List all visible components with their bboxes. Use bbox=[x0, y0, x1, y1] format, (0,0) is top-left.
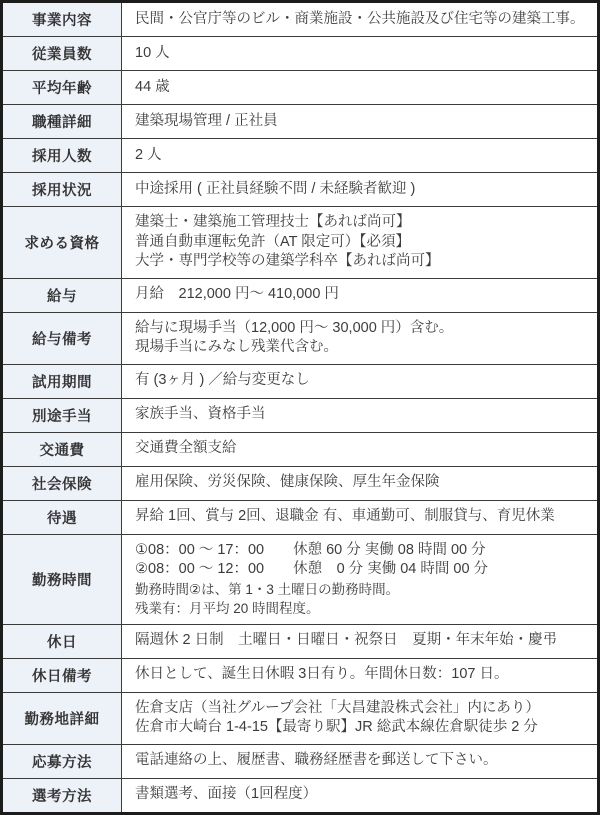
value-line: 10 人 bbox=[135, 44, 587, 64]
table-row: 採用状況中途採用 ( 正社員経験不問 / 未経験者歓迎 ) bbox=[2, 173, 599, 207]
value-line: 昇給 1回、賞与 2回、退職金 有、車通勤可、制服貸与、育児休業 bbox=[135, 507, 587, 527]
row-label: 交通費 bbox=[2, 432, 122, 466]
row-label: 職種詳細 bbox=[2, 105, 122, 139]
row-label: 試用期間 bbox=[2, 364, 122, 398]
value-line: 佐倉市大崎台 1-4-15【最寄り駅】JR 総武本線佐倉駅徒歩 2 分 bbox=[135, 718, 587, 738]
row-label: 給与 bbox=[2, 278, 122, 312]
row-value: 建築現場管理 / 正社員 bbox=[122, 105, 599, 139]
row-value: 給与に現場手当（12,000 円～ 30,000 円）含む。現場手当にみなし残業… bbox=[122, 312, 599, 364]
job-info-table: 事業内容民間・公官庁等のビル・商業施設・公共施設及び住宅等の建築工事。従業員数1… bbox=[0, 0, 600, 815]
row-value: 休日として、誕生日休暇 3日有り。年間休日数：107 日。 bbox=[122, 658, 599, 692]
table-row: 採用人数2 人 bbox=[2, 139, 599, 173]
value-line: 雇用保険、労災保険、健康保険、厚生年金保険 bbox=[135, 473, 587, 493]
row-label: 求める資格 bbox=[2, 207, 122, 279]
job-info-table-body: 事業内容民間・公官庁等のビル・商業施設・公共施設及び住宅等の建築工事。従業員数1… bbox=[2, 2, 599, 814]
row-label: 社会保険 bbox=[2, 466, 122, 500]
value-line: 大学・専門学校等の建築学科卒【あれば尚可】 bbox=[135, 252, 587, 272]
row-value: 中途採用 ( 正社員経験不問 / 未経験者歓迎 ) bbox=[122, 173, 599, 207]
value-line: 2 人 bbox=[135, 146, 587, 166]
table-row: 給与月給 212,000 円～ 410,000 円 bbox=[2, 278, 599, 312]
table-row: 職種詳細建築現場管理 / 正社員 bbox=[2, 105, 599, 139]
row-value: 44 歳 bbox=[122, 71, 599, 105]
row-value: 有 (3ヶ月 ) ／給与変更なし bbox=[122, 364, 599, 398]
row-label: 事業内容 bbox=[2, 2, 122, 37]
row-label: 応募方法 bbox=[2, 744, 122, 778]
value-note-line: 勤務時間②は、第 1・3 土曜日の勤務時間。 bbox=[135, 580, 587, 599]
row-value: 昇給 1回、賞与 2回、退職金 有、車通勤可、制服貸与、育児休業 bbox=[122, 500, 599, 534]
table-row: 待遇昇給 1回、賞与 2回、退職金 有、車通勤可、制服貸与、育児休業 bbox=[2, 500, 599, 534]
value-line: 佐倉支店（当社グループ会社「大昌建設株式会社」内にあり） bbox=[135, 699, 587, 719]
table-row: 勤務時間①08：00 ～ 17：00 休憩 60 分 実働 08 時間 00 分… bbox=[2, 534, 599, 624]
row-label: 別途手当 bbox=[2, 398, 122, 432]
value-line: 有 (3ヶ月 ) ／給与変更なし bbox=[135, 371, 587, 391]
row-value: 書類選考、面接（1回程度） bbox=[122, 778, 599, 813]
row-label: 勤務地詳細 bbox=[2, 692, 122, 744]
value-line: 44 歳 bbox=[135, 78, 587, 98]
value-line: 給与に現場手当（12,000 円～ 30,000 円）含む。 bbox=[135, 319, 587, 339]
table-row: 応募方法電話連絡の上、履歴書、職務経歴書を郵送して下さい。 bbox=[2, 744, 599, 778]
row-value: 佐倉支店（当社グループ会社「大昌建設株式会社」内にあり）佐倉市大崎台 1-4-1… bbox=[122, 692, 599, 744]
row-label: 従業員数 bbox=[2, 37, 122, 71]
row-value: ①08：00 ～ 17：00 休憩 60 分 実働 08 時間 00 分②08：… bbox=[122, 534, 599, 624]
table-row: 事業内容民間・公官庁等のビル・商業施設・公共施設及び住宅等の建築工事。 bbox=[2, 2, 599, 37]
value-line: 隔週休 2 日制 土曜日・日曜日・祝祭日 夏期・年末年始・慶弔 bbox=[135, 631, 587, 651]
row-value: 民間・公官庁等のビル・商業施設・公共施設及び住宅等の建築工事。 bbox=[122, 2, 599, 37]
value-line: ②08：00 ～ 12：00 休憩 0 分 実働 04 時間 00 分 bbox=[135, 560, 587, 580]
value-line: 現場手当にみなし残業代含む。 bbox=[135, 338, 587, 358]
row-value: 雇用保険、労災保険、健康保険、厚生年金保険 bbox=[122, 466, 599, 500]
value-note-line: 残業有：月平均 20 時間程度。 bbox=[135, 599, 587, 618]
value-line: 民間・公官庁等のビル・商業施設・公共施設及び住宅等の建築工事。 bbox=[135, 10, 587, 30]
row-value: 電話連絡の上、履歴書、職務経歴書を郵送して下さい。 bbox=[122, 744, 599, 778]
table-row: 勤務地詳細佐倉支店（当社グループ会社「大昌建設株式会社」内にあり）佐倉市大崎台 … bbox=[2, 692, 599, 744]
row-value: 家族手当、資格手当 bbox=[122, 398, 599, 432]
value-line: 建築現場管理 / 正社員 bbox=[135, 112, 587, 132]
row-value: 交通費全額支給 bbox=[122, 432, 599, 466]
row-label: 休日 bbox=[2, 624, 122, 658]
row-value: 2 人 bbox=[122, 139, 599, 173]
table-row: 選考方法書類選考、面接（1回程度） bbox=[2, 778, 599, 813]
table-row: 試用期間有 (3ヶ月 ) ／給与変更なし bbox=[2, 364, 599, 398]
table-row: 平均年齢44 歳 bbox=[2, 71, 599, 105]
row-label: 採用人数 bbox=[2, 139, 122, 173]
value-line: 交通費全額支給 bbox=[135, 439, 587, 459]
value-line: 休日として、誕生日休暇 3日有り。年間休日数：107 日。 bbox=[135, 665, 587, 685]
row-value: 月給 212,000 円～ 410,000 円 bbox=[122, 278, 599, 312]
table-row: 休日隔週休 2 日制 土曜日・日曜日・祝祭日 夏期・年末年始・慶弔 bbox=[2, 624, 599, 658]
table-row: 別途手当家族手当、資格手当 bbox=[2, 398, 599, 432]
value-line: 普通自動車運転免許（AT 限定可）【必須】 bbox=[135, 233, 587, 253]
row-label: 平均年齢 bbox=[2, 71, 122, 105]
value-line: 家族手当、資格手当 bbox=[135, 405, 587, 425]
table-row: 給与備考給与に現場手当（12,000 円～ 30,000 円）含む。現場手当にみ… bbox=[2, 312, 599, 364]
row-label: 給与備考 bbox=[2, 312, 122, 364]
value-line: 建築士・建築施工管理技士【あれば尚可】 bbox=[135, 213, 587, 233]
value-line: ①08：00 ～ 17：00 休憩 60 分 実働 08 時間 00 分 bbox=[135, 541, 587, 561]
table-row: 交通費交通費全額支給 bbox=[2, 432, 599, 466]
row-label: 勤務時間 bbox=[2, 534, 122, 624]
job-posting-page: 事業内容民間・公官庁等のビル・商業施設・公共施設及び住宅等の建築工事。従業員数1… bbox=[0, 0, 600, 790]
row-label: 採用状況 bbox=[2, 173, 122, 207]
value-line: 月給 212,000 円～ 410,000 円 bbox=[135, 285, 587, 305]
value-line: 電話連絡の上、履歴書、職務経歴書を郵送して下さい。 bbox=[135, 751, 587, 771]
table-row: 求める資格建築士・建築施工管理技士【あれば尚可】普通自動車運転免許（AT 限定可… bbox=[2, 207, 599, 279]
row-value: 隔週休 2 日制 土曜日・日曜日・祝祭日 夏期・年末年始・慶弔 bbox=[122, 624, 599, 658]
table-row: 社会保険雇用保険、労災保険、健康保険、厚生年金保険 bbox=[2, 466, 599, 500]
table-row: 従業員数10 人 bbox=[2, 37, 599, 71]
row-label: 選考方法 bbox=[2, 778, 122, 813]
value-line: 書類選考、面接（1回程度） bbox=[135, 785, 587, 805]
table-row: 休日備考休日として、誕生日休暇 3日有り。年間休日数：107 日。 bbox=[2, 658, 599, 692]
row-label: 待遇 bbox=[2, 500, 122, 534]
row-label: 休日備考 bbox=[2, 658, 122, 692]
row-value: 10 人 bbox=[122, 37, 599, 71]
row-value: 建築士・建築施工管理技士【あれば尚可】普通自動車運転免許（AT 限定可）【必須】… bbox=[122, 207, 599, 279]
value-line: 中途採用 ( 正社員経験不問 / 未経験者歓迎 ) bbox=[135, 180, 587, 200]
